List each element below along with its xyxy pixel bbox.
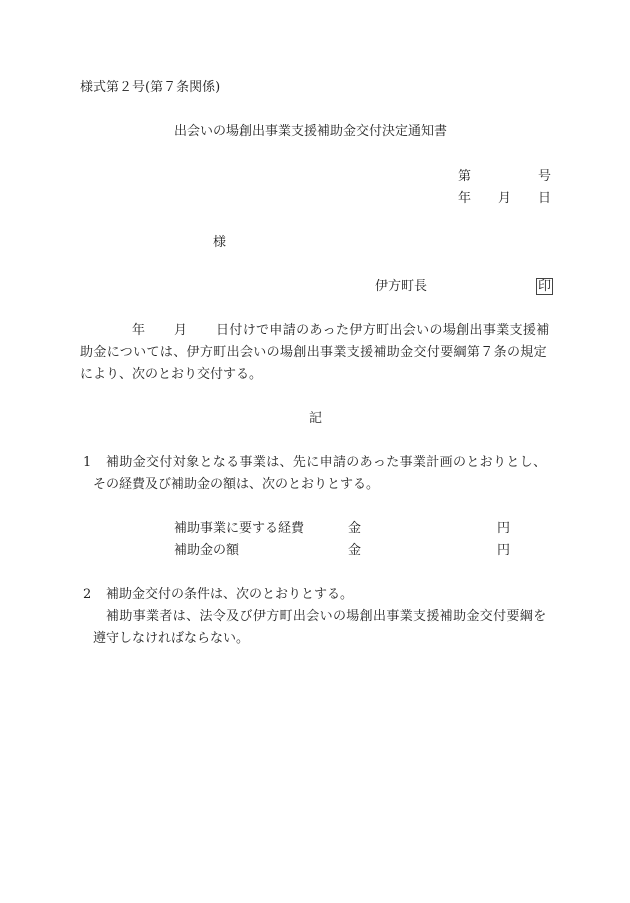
amount-prefix-expenses: 金: [348, 521, 361, 537]
date-day: 日: [538, 191, 551, 207]
item1-number: 1: [83, 455, 91, 471]
item1-line-2: その経費及び補助金の額は、次のとおりとする。: [93, 477, 379, 493]
issuer-name: 伊方町長: [375, 279, 427, 295]
number-suffix: 号: [538, 169, 551, 185]
seal-mark: 印: [536, 278, 553, 295]
body-month: 月: [174, 323, 187, 339]
amount-unit-expenses: 円: [497, 521, 510, 537]
date-month: 月: [498, 191, 511, 207]
item2-line-3: 遵守しなければならない。: [93, 631, 249, 647]
item1-line-1: 補助金交付対象となる事業は、先に申請のあった事業計画のとおりとし、: [106, 455, 546, 471]
form-label: 様式第２号(第７条関係): [80, 80, 220, 96]
amount-prefix-subsidy: 金: [348, 543, 361, 559]
addressee-suffix: 様: [213, 235, 226, 251]
date-year: 年: [458, 191, 471, 207]
ki-heading: 記: [309, 411, 322, 427]
body-year: 年: [132, 323, 145, 339]
amount-unit-subsidy: 円: [497, 543, 510, 559]
number-prefix: 第: [458, 169, 471, 185]
body-line-3: により、次のとおり交付する。: [80, 367, 262, 383]
amount-label-expenses: 補助事業に要する経費: [174, 521, 304, 537]
amount-label-subsidy: 補助金の額: [174, 543, 239, 559]
item2-line-2: 補助事業者は、法令及び伊方町出会いの場創出事業支援補助金交付要綱を: [106, 609, 547, 625]
body-line-2: 助金については、伊方町出会いの場創出事業支援補助金交付要綱第７条の規定: [80, 345, 547, 361]
item2-line-1: 補助金交付の条件は、次のとおりとする。: [106, 587, 353, 603]
seal-icon: 印: [536, 278, 553, 295]
document-title: 出会いの場創出事業支援補助金交付決定通知書: [174, 124, 447, 140]
item2-number: 2: [83, 587, 91, 603]
body-line-1: 日付けで申請のあった伊方町出会いの場創出事業支援補: [216, 323, 550, 339]
